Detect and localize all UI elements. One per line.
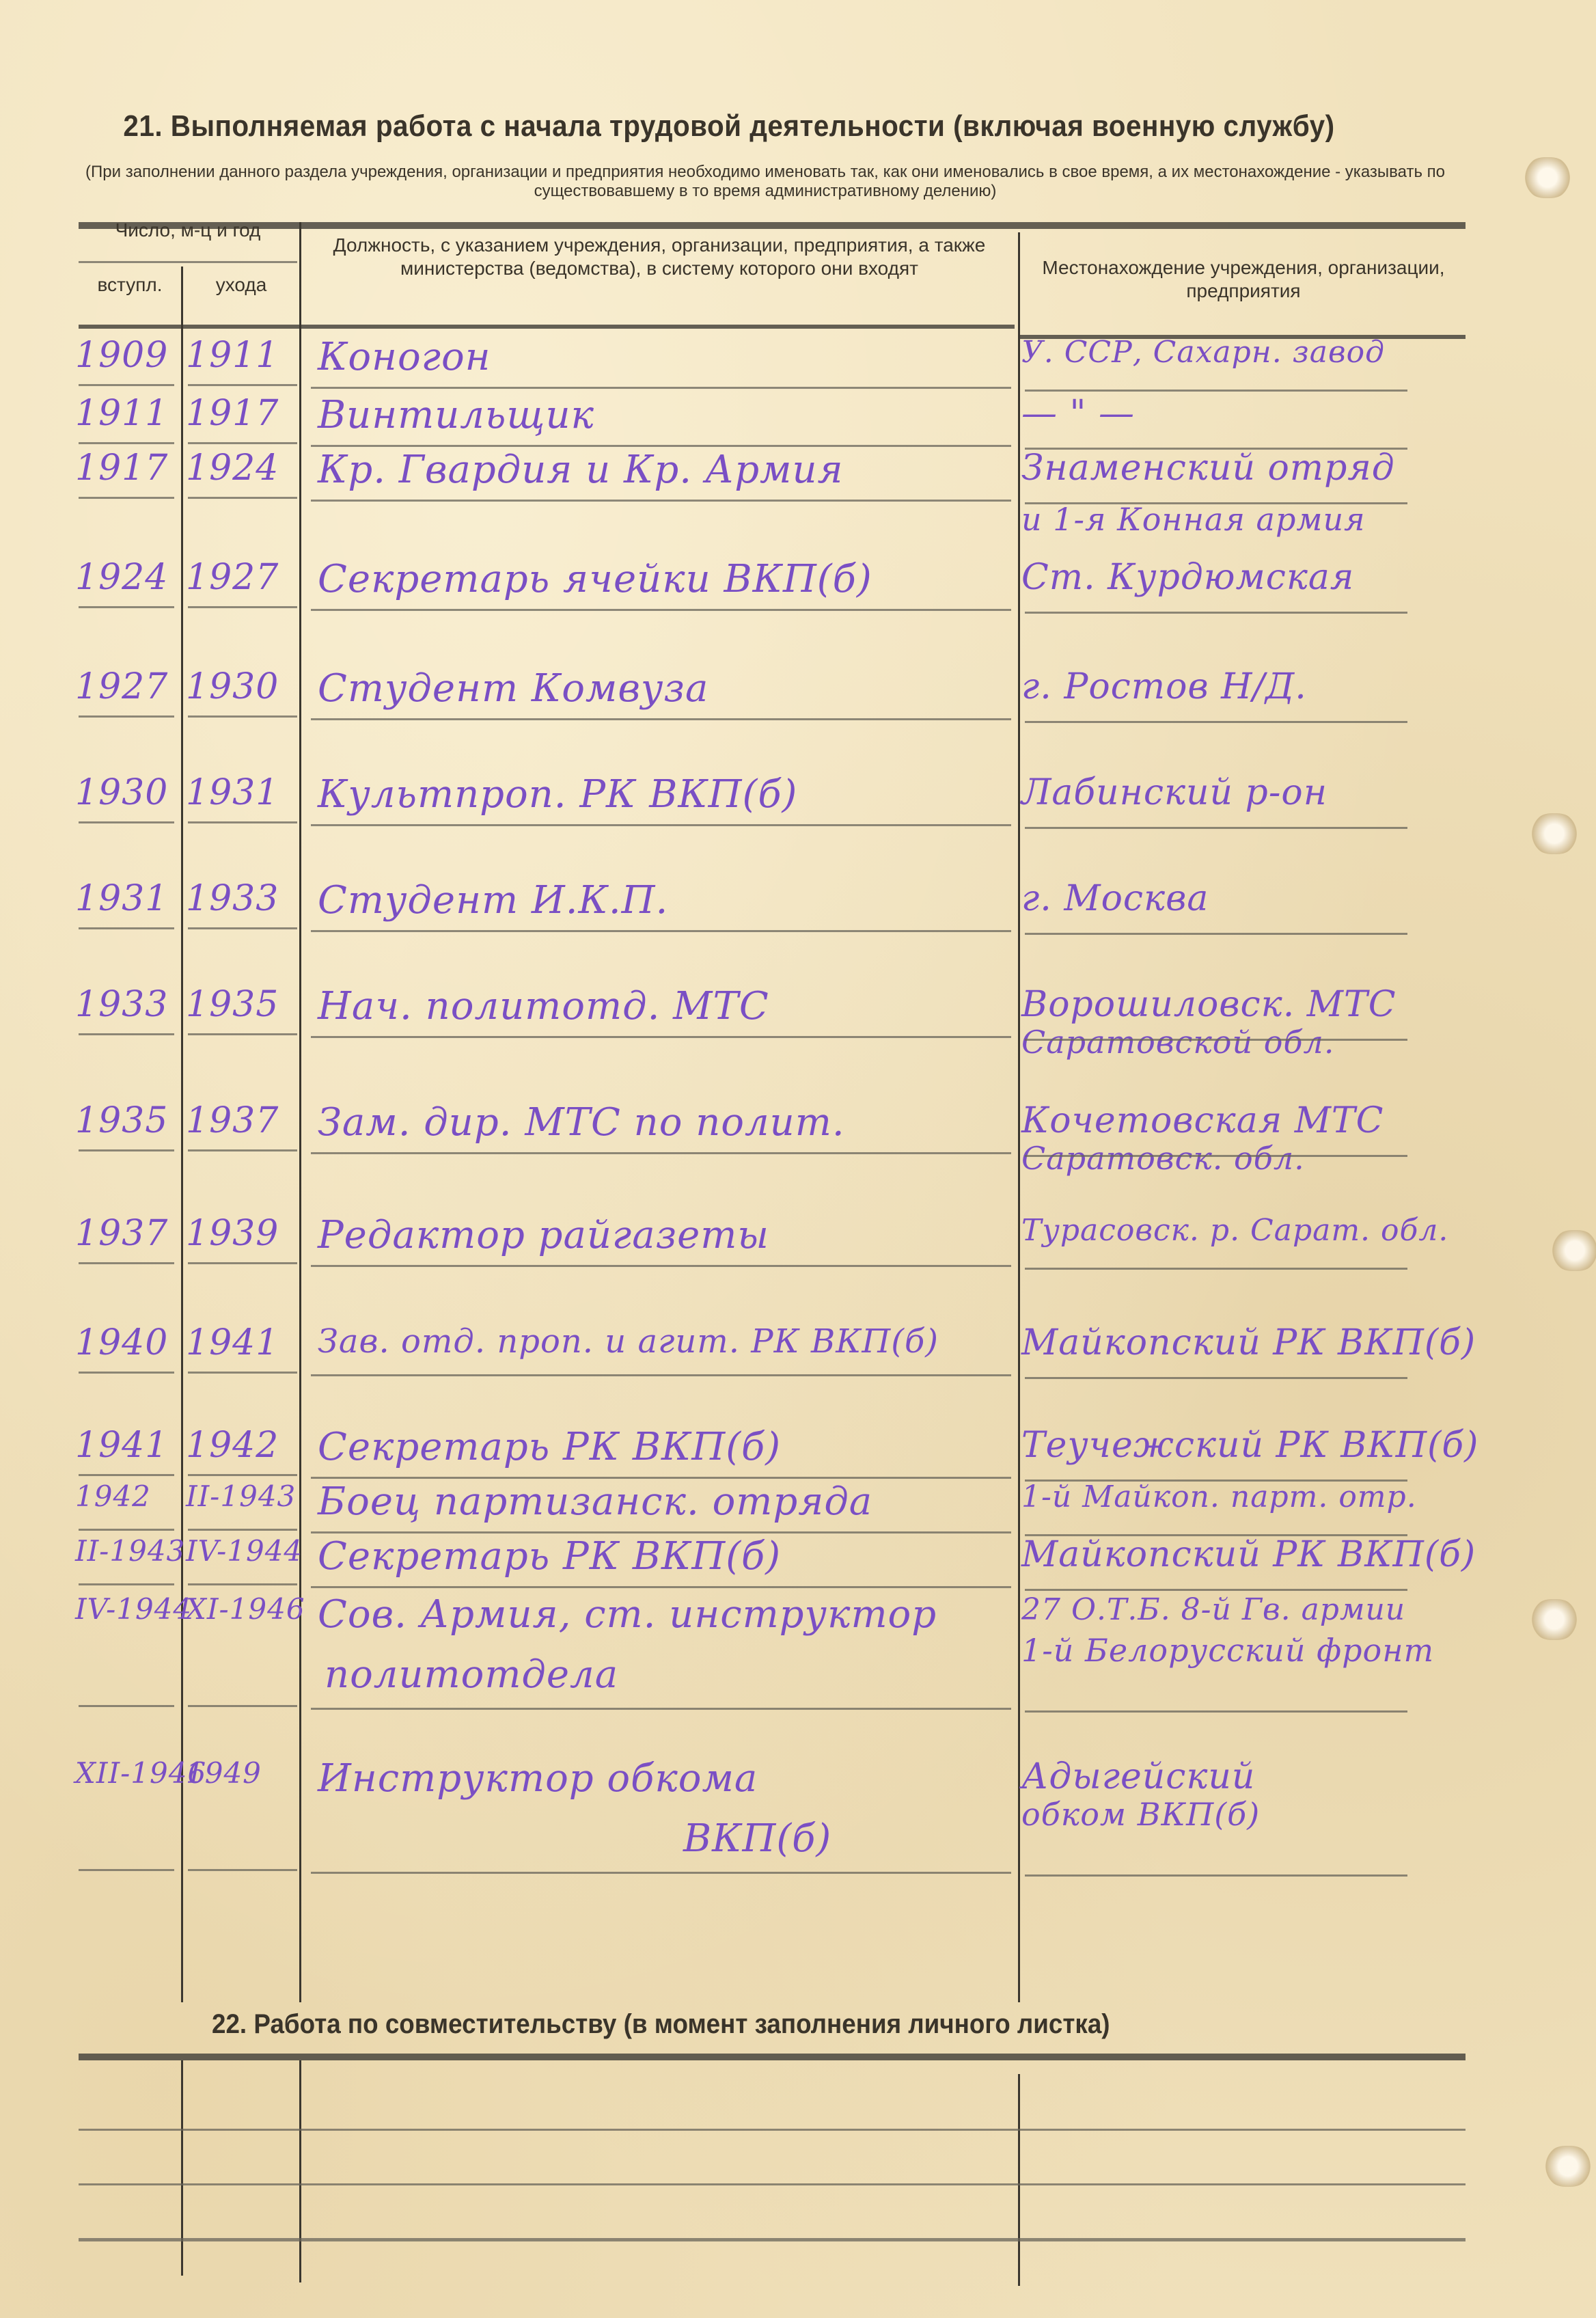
section-21-instructions: (При заполнении данного раздела учрежден… <box>79 163 1452 201</box>
cell-end-date: 1942 <box>186 1425 299 1466</box>
row-rule <box>79 1583 174 1585</box>
row-rule <box>1025 1874 1407 1877</box>
row-rule <box>311 1152 1011 1154</box>
row-rule <box>311 1531 1011 1533</box>
cell-location: Ст. Курдюмская <box>1021 557 1459 598</box>
row-rule <box>311 1477 1011 1479</box>
cell-start-date: 1940 <box>75 1322 181 1363</box>
cell-end-date: 1939 <box>186 1213 299 1254</box>
cell-start-date: 1927 <box>75 666 181 707</box>
cell-start-date: 1917 <box>75 448 181 489</box>
row-rule <box>79 821 174 823</box>
row-rule <box>188 497 297 499</box>
cell-position: Сов. Армия, ст. инструктор <box>318 1592 1015 1637</box>
row-rule <box>311 824 1011 826</box>
cell-end-date: XI-1946 <box>186 1592 299 1626</box>
cell-location-cont: и 1-я Конная армия <box>1021 501 1459 538</box>
cell-end-date: 1927 <box>186 557 299 598</box>
section-21-title: 21. Выполняемая работа с начала трудовой… <box>116 109 1342 144</box>
cell-location: У. ССР, Сахарн. завод <box>1021 335 1459 370</box>
row-rule <box>1025 1039 1407 1041</box>
cell-end-date: 1931 <box>186 772 299 813</box>
row-rule <box>188 1262 297 1264</box>
cell-end-date: 1935 <box>186 984 299 1025</box>
cell-location: г. Ростов Н/Д. <box>1021 666 1459 707</box>
cell-end-date: II-1943 <box>186 1480 299 1513</box>
section-22-row-rule <box>79 2129 1466 2131</box>
cell-position: Зам. дир. МТС по полит. <box>318 1100 1015 1145</box>
row-rule <box>311 1872 1011 1874</box>
cell-position: Винтильщик <box>318 393 1015 437</box>
cell-start-date: 1911 <box>75 393 181 434</box>
row-rule <box>188 1149 297 1151</box>
column-divider-start-end <box>181 267 183 2002</box>
cell-end-date: 1937 <box>186 1100 299 1141</box>
cell-position: Нач. политотд. МТС <box>318 984 1015 1028</box>
row-rule <box>79 715 174 718</box>
row-rule <box>188 442 297 444</box>
cell-end-date: 1930 <box>186 666 299 707</box>
punch-hole <box>1524 157 1571 198</box>
row-rule <box>188 1372 297 1374</box>
row-rule <box>311 609 1011 611</box>
cell-position: Боец партизанск. отряда <box>318 1480 1015 1524</box>
row-rule <box>188 1705 297 1707</box>
cell-end-date: 1941 <box>186 1322 299 1363</box>
row-rule <box>1025 1377 1407 1379</box>
punch-hole <box>1551 1230 1596 1271</box>
cell-location: Теучежский РК ВКП(б) <box>1021 1425 1459 1466</box>
row-rule <box>79 1869 174 1871</box>
header-bottom-rule <box>79 325 1015 329</box>
cell-position: Редактор райгазеты <box>318 1213 1015 1257</box>
row-rule <box>79 1705 174 1707</box>
column-divider-dates-position <box>299 222 301 2002</box>
date-group-divider <box>79 261 297 263</box>
row-rule <box>79 1474 174 1476</box>
punch-hole <box>1544 2146 1592 2187</box>
row-rule <box>79 927 174 929</box>
cell-location: Знаменский отряд <box>1021 448 1459 489</box>
cell-position: Секретарь РК ВКП(б) <box>318 1534 1015 1579</box>
cell-end-date: 1949 <box>186 1756 299 1790</box>
row-rule <box>188 606 297 608</box>
cell-start-date: 1937 <box>75 1213 181 1254</box>
cell-start-date: 1942 <box>75 1480 181 1513</box>
cell-position: Инструктор обкома <box>318 1756 1015 1801</box>
row-rule <box>311 718 1011 720</box>
column-divider-position-location <box>1018 232 1020 2002</box>
cell-location-cont: 1-й Белорусский фронт <box>1021 1632 1459 1669</box>
cell-position: Культпроп. РК ВКП(б) <box>318 772 1015 817</box>
row-rule <box>311 1586 1011 1588</box>
row-rule <box>79 1033 174 1035</box>
cell-location-cont: Саратовской обл. <box>1021 1024 1459 1061</box>
cell-start-date: 1924 <box>75 557 181 598</box>
cell-start-date: 1931 <box>75 878 181 919</box>
cell-end-date: 1924 <box>186 448 299 489</box>
cell-location: г. Москва <box>1021 878 1459 919</box>
cell-location: Кочетовская МТС <box>1021 1100 1459 1141</box>
cell-position: Студент Комвуза <box>318 666 1015 711</box>
cell-location: 27 О.Т.Б. 8-й Гв. армии <box>1021 1592 1459 1627</box>
cell-location: Майкопский РК ВКП(б) <box>1021 1534 1459 1575</box>
row-rule <box>79 1529 174 1531</box>
cell-end-date: 1911 <box>186 335 299 376</box>
row-rule <box>188 715 297 718</box>
section-22-col-divider <box>181 2060 183 2276</box>
cell-position-cont: политотдела <box>325 1652 939 1697</box>
row-rule <box>1025 721 1407 723</box>
cell-start-date: 1935 <box>75 1100 181 1141</box>
punch-hole <box>1530 1599 1578 1640</box>
section-22-col-divider <box>299 2060 301 2282</box>
cell-start-date: 1930 <box>75 772 181 813</box>
row-rule <box>1025 827 1407 829</box>
row-rule <box>188 927 297 929</box>
row-rule <box>188 384 297 386</box>
cell-location: Ворошиловск. МТС <box>1021 984 1459 1025</box>
row-rule <box>1025 1589 1407 1591</box>
row-rule <box>311 1374 1011 1376</box>
cell-position: Студент И.К.П. <box>318 878 1015 923</box>
header-start: вступл. <box>79 273 181 297</box>
row-rule <box>1025 612 1407 614</box>
row-rule <box>79 1372 174 1374</box>
row-rule <box>188 1033 297 1035</box>
header-position: Должность, с указанием учреждения, орган… <box>321 234 997 280</box>
cell-location: — " — <box>1021 393 1459 434</box>
row-rule <box>311 1708 1011 1710</box>
row-rule <box>79 1149 174 1151</box>
row-rule <box>1025 1710 1407 1713</box>
row-rule <box>188 1529 297 1531</box>
row-rule <box>79 384 174 386</box>
row-rule <box>1025 1268 1407 1270</box>
cell-location: 1-й Майкоп. парт. отр. <box>1021 1480 1459 1514</box>
cell-start-date: 1909 <box>75 335 181 376</box>
row-rule <box>188 1474 297 1476</box>
row-rule <box>188 1583 297 1585</box>
row-rule <box>1025 1155 1407 1157</box>
section-22-row-rule <box>79 2183 1466 2185</box>
cell-start-date: 1933 <box>75 984 181 1025</box>
cell-end-date: IV-1944 <box>186 1534 299 1568</box>
row-rule <box>311 500 1011 502</box>
row-rule <box>1025 502 1407 504</box>
cell-position: Секретарь РК ВКП(б) <box>318 1425 1015 1469</box>
row-rule <box>79 1262 174 1264</box>
row-rule <box>311 930 1011 932</box>
cell-start-date: IV-1944 <box>75 1592 181 1626</box>
row-rule <box>1025 933 1407 935</box>
cell-start-date: II-1943 <box>75 1534 181 1568</box>
punch-hole <box>1530 813 1578 854</box>
row-rule <box>188 1869 297 1871</box>
row-rule <box>188 821 297 823</box>
cell-location: Лабинский р-он <box>1021 772 1459 813</box>
cell-start-date: 1941 <box>75 1425 181 1466</box>
row-rule <box>311 445 1011 447</box>
row-rule <box>311 1036 1011 1038</box>
cell-location: Турасовск. р. Сарат. обл. <box>1021 1213 1459 1248</box>
row-rule <box>79 497 174 499</box>
section-22-title: 22. Работа по совместительству (в момент… <box>212 2009 1110 2040</box>
cell-location-cont: обком ВКП(б) <box>1021 1796 1459 1833</box>
cell-location: Майкопский РК ВКП(б) <box>1021 1322 1459 1363</box>
row-rule <box>79 606 174 608</box>
cell-end-date: 1933 <box>186 878 299 919</box>
cell-end-date: 1917 <box>186 393 299 434</box>
cell-position: Зав. отд. проп. и агит. РК ВКП(б) <box>318 1322 1015 1361</box>
cell-position: Кр. Гвардия и Кр. Армия <box>318 448 1015 492</box>
row-rule <box>311 1265 1011 1267</box>
section-22-col-divider <box>1018 2074 1020 2286</box>
section-22-row-rule <box>79 2238 1466 2241</box>
cell-position: Коногон <box>318 335 1015 379</box>
row-rule <box>1025 390 1407 392</box>
header-end: ухода <box>183 273 299 297</box>
section-22-top-rule <box>79 2054 1466 2060</box>
cell-location: Адыгейский <box>1021 1756 1459 1797</box>
cell-start-date: XII-1946 <box>75 1756 181 1790</box>
row-rule <box>311 387 1011 389</box>
cell-position: Секретарь ячейки ВКП(б) <box>318 557 1015 601</box>
header-date-group: Число, м-ц и год <box>79 219 297 242</box>
cell-location-cont: Саратовск. обл. <box>1021 1140 1459 1177</box>
row-rule <box>79 442 174 444</box>
header-location: Местонахождение учреждения, организации,… <box>1038 256 1448 303</box>
